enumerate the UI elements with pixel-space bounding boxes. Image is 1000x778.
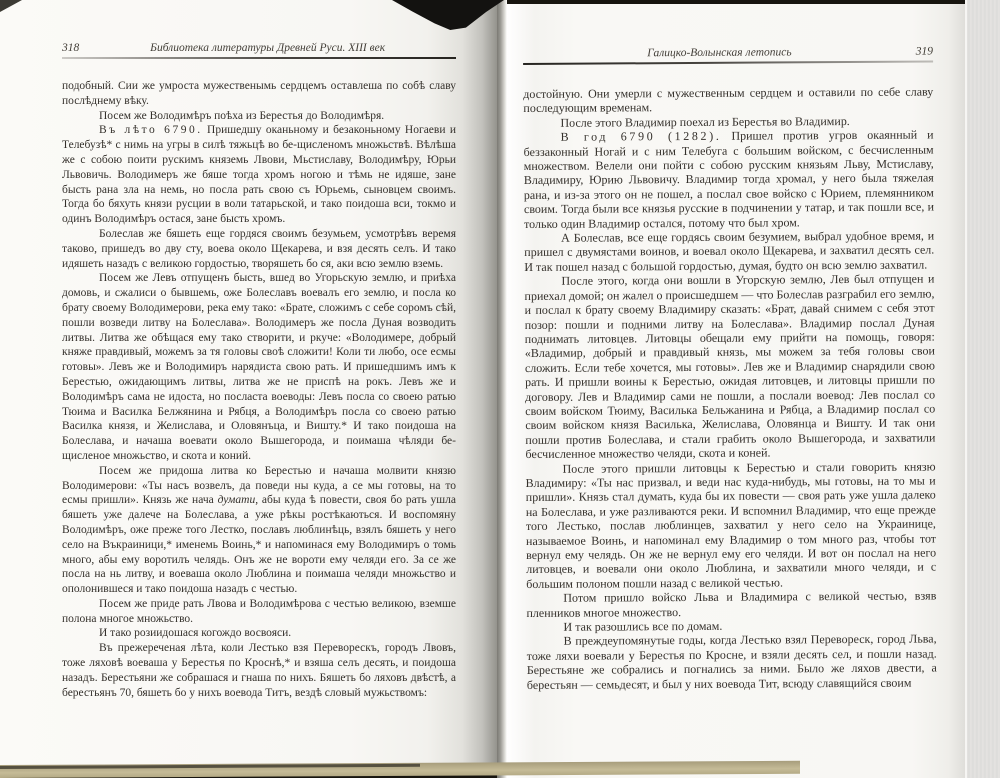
paragraph-text: , абы куда ѣ повести, своя бо рать ушла … (62, 494, 456, 595)
right-header-rule (523, 60, 933, 65)
paragraph: А Болеслав, все еще гордясь своим безуми… (524, 229, 934, 275)
right-running-header: Галицко-Волынская летопись 319 (523, 45, 933, 60)
paragraph: Посем же Левъ отпущенъ бысть, вшед во Уг… (62, 271, 456, 463)
year-heading: Въ лѣто 6790. (99, 124, 203, 136)
paragraph: Потом пришло войско Льва и Владимира с в… (526, 589, 936, 620)
italic-word: думати (218, 494, 256, 506)
book-gutter-shadow (497, 0, 507, 778)
paragraph: Въ прежереченая лѣта, коли Лестько взя П… (62, 641, 456, 700)
page-block-fore-edge (967, 0, 1000, 778)
left-page-number: 318 (62, 42, 79, 54)
left-header-rule (62, 57, 456, 59)
right-page-number: 319 (916, 45, 933, 57)
paragraph: Посем же Володимѣръ поѣха из Берестья до… (62, 109, 456, 124)
paragraph: Посем же придоша литва ко Берестью и нач… (62, 464, 456, 597)
paragraph: После этого пришли литовцы к Берестью и … (526, 459, 937, 591)
paragraph: Посем же приде рать Лвова и Володимѣрова… (62, 597, 456, 627)
right-running-title: Галицко-Волынская летопись (523, 46, 916, 60)
paragraph-text: Пришедшу оканьному и безаконьному Ногаев… (62, 124, 456, 225)
left-body-text: подобный. Сии же умроста мужественымь се… (62, 79, 456, 700)
right-page-content: Галицко-Волынская летопись 319 достойную… (523, 45, 937, 692)
left-page: 318 Библиотека литературы Древней Руси. … (0, 0, 497, 770)
paragraph: достойную. Они умерли с мужественным сер… (523, 84, 933, 115)
right-body-text: достойную. Они умерли с мужественным сер… (523, 84, 937, 692)
paragraph: В преждеупомянутые годы, когда Лестько в… (527, 632, 937, 692)
paragraph: Въ лѣто 6790. Пришедшу оканьному и безак… (62, 123, 456, 227)
paragraph: Болеслав же бяшеть еще гордяся своимъ бе… (62, 227, 456, 271)
paragraph: В год 6790 (1282). Пришел против угров о… (524, 128, 935, 231)
year-heading: В год 6790 (1282). (561, 129, 722, 144)
right-page: Галицко-Волынская летопись 319 достойную… (507, 4, 967, 778)
paragraph: подобный. Сии же умроста мужественымь се… (62, 79, 456, 109)
left-running-title: Библиотека литературы Древней Руси. XIII… (79, 42, 456, 54)
left-running-header: 318 Библиотека литературы Древней Руси. … (62, 42, 456, 54)
paragraph: После этого, когда они вошли в Угорскую … (524, 272, 935, 462)
paragraph: И тако розиидошася когождо восвояси. (62, 626, 456, 641)
book-spread-photo: 318 Библиотека литературы Древней Руси. … (0, 0, 1000, 778)
left-page-content: 318 Библиотека литературы Древней Руси. … (62, 42, 456, 700)
